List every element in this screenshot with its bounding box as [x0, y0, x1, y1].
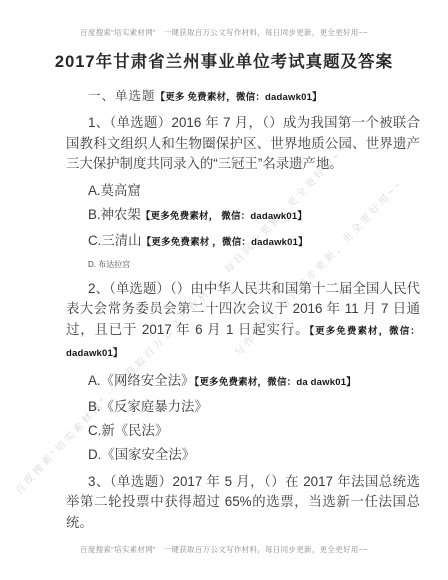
option-row: D.《国家安全法》 — [66, 446, 420, 463]
option-row: B.神农架【更多免费素材， 微信：dadawk01】 — [66, 206, 420, 225]
document-title: 2017年甘肃省兰州事业单位考试真题及答案 — [0, 0, 448, 73]
question-stem: 3、（单选题）2017 年 5 月，（）在 2017 年法国总统选举第二轮投票中… — [66, 472, 420, 534]
option-text: A.莫高窟 — [88, 183, 141, 198]
question-stem: 2、（单选题）（）由中华人民共和国第十二届全国人民代表大会常务委员会第二十四次会… — [66, 279, 420, 365]
question-list: 一、单选题【更多 免费素材，微信：dadawk01】 1、（单选题）2016 年… — [0, 86, 448, 533]
section-heading-row: 一、单选题【更多 免费素材，微信：dadawk01】 — [66, 86, 420, 104]
option-row: A.莫高窟 — [66, 182, 420, 199]
question-stem-text: 3、（单选题）2017 年 5 月，（）在 2017 年法国总统选举第二轮投票中… — [66, 474, 420, 530]
footer-promo-note: 百度搜索“培实素材网” 一键获取百万公文写作材料，每日同步更新，更全更好用~~ — [0, 544, 448, 555]
option-text: C.新《民法》 — [88, 423, 168, 438]
option-row: D. 布达拉宫 — [66, 259, 420, 270]
option-text: B.神农架 — [88, 207, 141, 222]
option-text: D.《国家安全法》 — [88, 447, 195, 462]
option-text: B.《反家庭暴力法》 — [88, 399, 208, 414]
option-text: D. 布达拉宫 — [88, 260, 130, 269]
option-row: C.新《民法》 — [66, 422, 420, 439]
option-row: B.《反家庭暴力法》 — [66, 398, 420, 415]
promo-note: 【更多免费素材 ，微信：dadawk01】 — [142, 237, 308, 248]
question-stem-text: 1、（单选题）2016 年 7 月，（）成为我国第一个被联合国教科文组织人和生物… — [66, 115, 420, 171]
promo-note: 【更多免费素材，微信：da dawk01】 — [194, 377, 356, 388]
option-row: C.三清山【更多免费素材 ，微信：dadawk01】 — [66, 232, 420, 251]
promo-note: 【更多 免费素材，微信：dadawk01】 — [156, 92, 322, 103]
option-text: A.《网络安全法》 — [88, 373, 194, 388]
question-stem: 1、（单选题）2016 年 7 月，（）成为我国第一个被联合国教科文组织人和生物… — [66, 113, 420, 175]
option-text: C.三清山 — [88, 233, 142, 248]
section-heading: 一、单选题 — [88, 89, 156, 103]
document-body: 2017年甘肃省兰州事业单位考试真题及答案 一、单选题【更多 免费素材，微信：d… — [0, 0, 448, 533]
document-page: 百度搜索“培实素材网” 一键获取百万公文写作材料，每日同步更新，更全更好用~~ … — [0, 0, 448, 580]
promo-note: 【更多免费素材， 微信：dadawk01】 — [141, 211, 307, 222]
option-row: A.《网络安全法》【更多免费素材，微信：da dawk01】 — [66, 372, 420, 391]
